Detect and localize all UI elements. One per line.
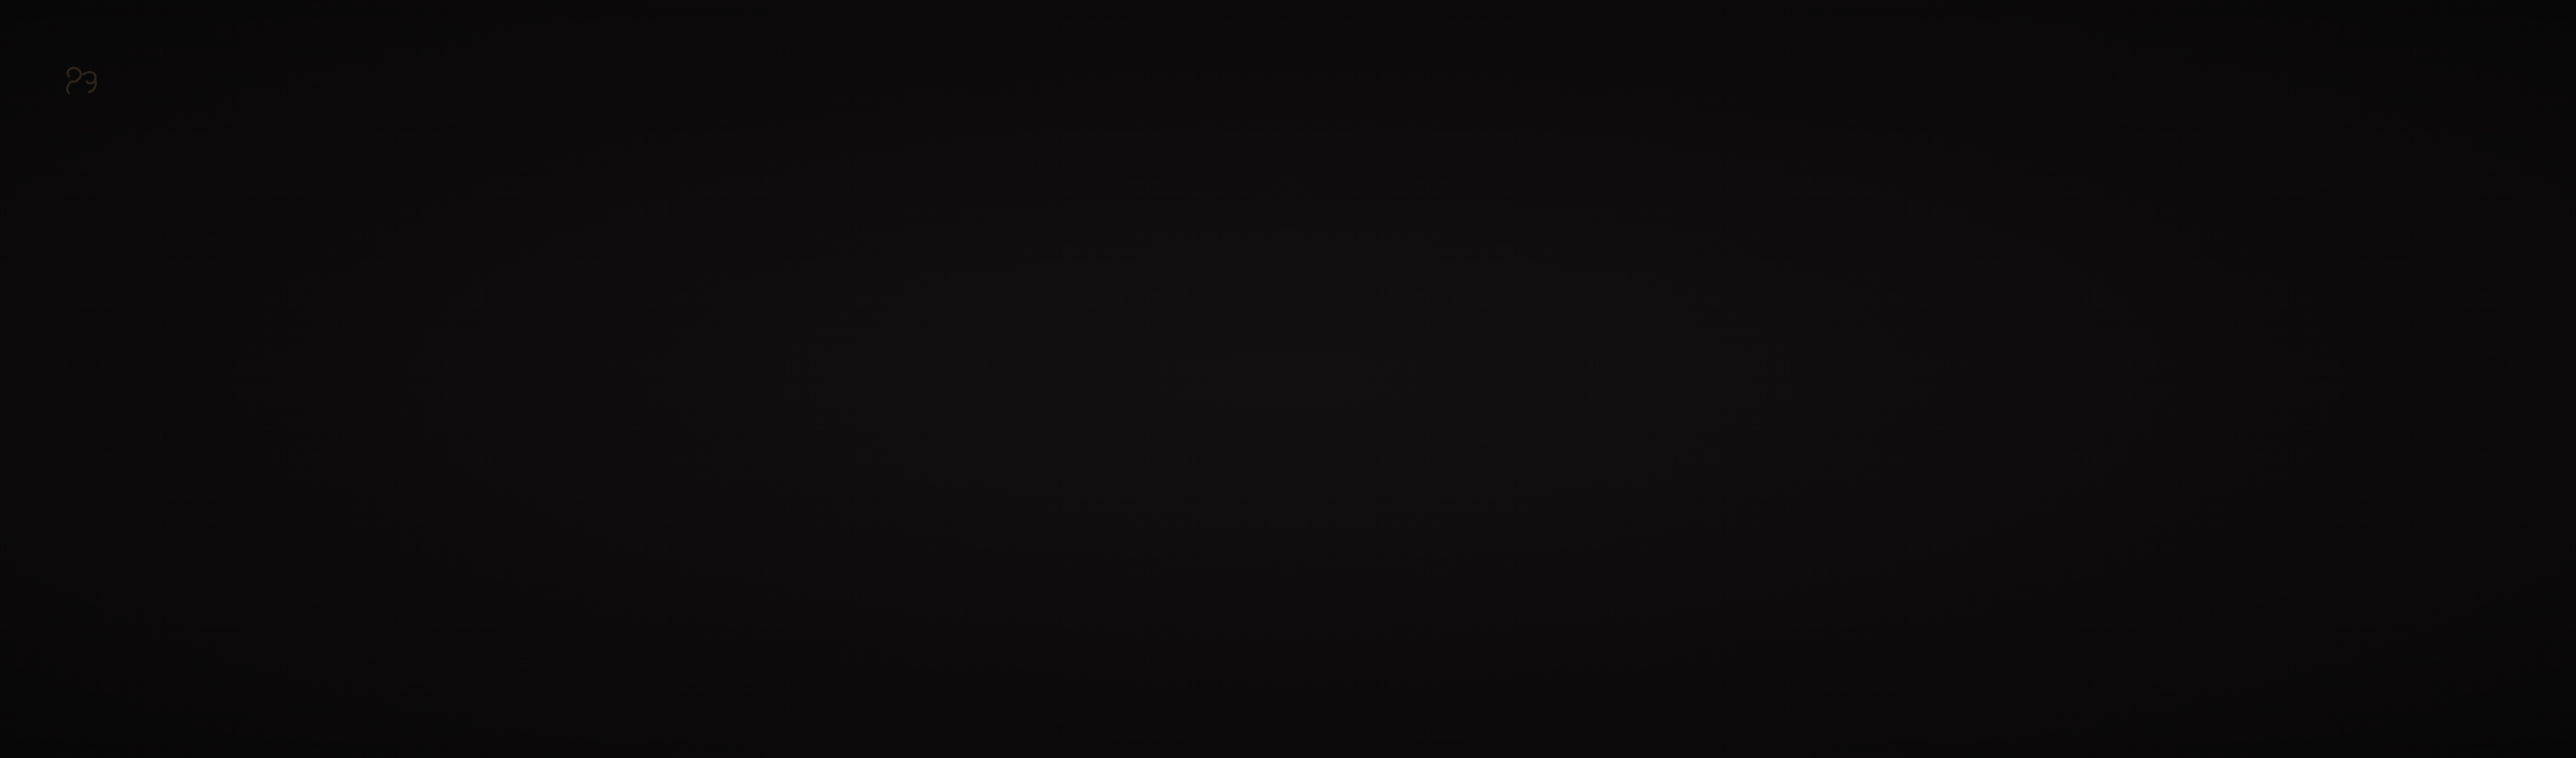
ruling-stroke [125,69,664,72]
folio-marker-glyph [67,68,96,93]
bottom-palm-leaf [0,471,2576,732]
stain [63,581,251,654]
manuscript-photo [0,0,2576,758]
top-palm-leaf [0,0,2576,314]
